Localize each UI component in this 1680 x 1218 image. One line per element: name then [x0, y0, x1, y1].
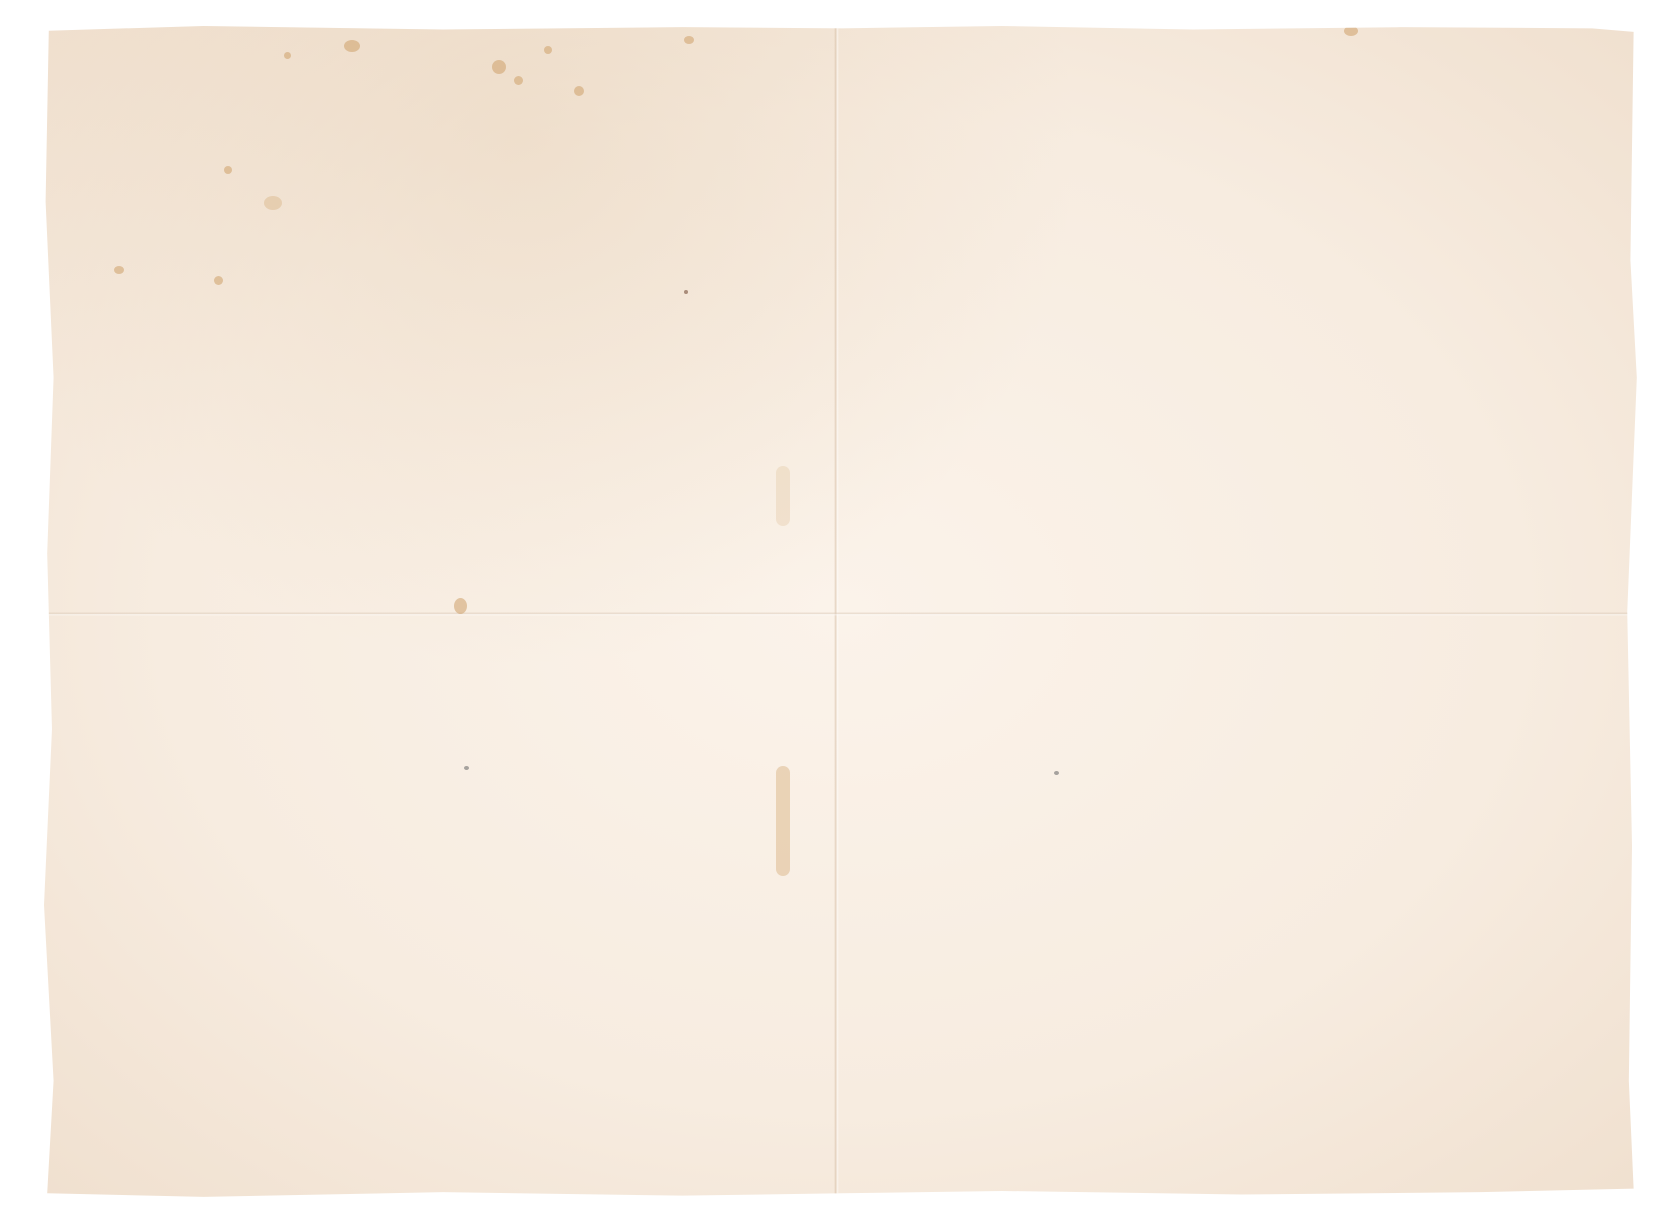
- paper-sheet: [44, 26, 1640, 1198]
- stain: [114, 266, 124, 274]
- stain: [224, 166, 232, 174]
- stain: [684, 36, 694, 44]
- stain: [214, 276, 223, 285]
- spine-stain: [776, 466, 790, 526]
- stain: [514, 76, 523, 85]
- stain: [454, 598, 467, 614]
- horizontal-fold-line: [44, 612, 1640, 616]
- stain: [1054, 771, 1059, 775]
- stain: [264, 196, 282, 210]
- stain: [1344, 26, 1358, 36]
- stain: [284, 52, 291, 59]
- spine-stain: [776, 766, 790, 876]
- stain: [544, 46, 552, 54]
- stain: [464, 766, 469, 770]
- stain: [492, 60, 506, 74]
- stain: [574, 86, 584, 96]
- stain: [344, 40, 360, 52]
- stain: [684, 290, 688, 294]
